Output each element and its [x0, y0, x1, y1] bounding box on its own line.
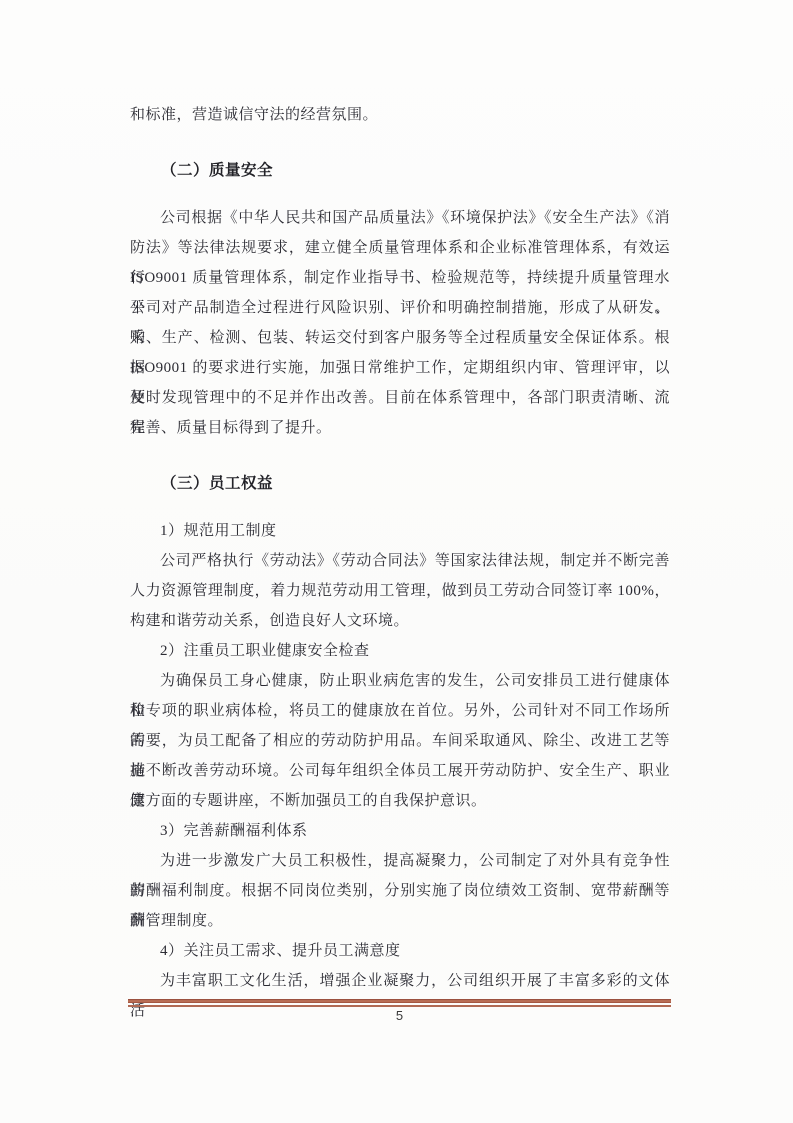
document-body: 和标准，营造诚信守法的经营氛围。 （二）质量安全 公司根据《中华人民共和国产品质…	[130, 100, 670, 996]
body-line: 酬管理制度。	[130, 906, 670, 936]
body-line: 为丰富职工文化生活，增强企业凝聚力，公司组织开展了丰富多彩的文体活	[130, 966, 670, 996]
body-line: 构建和谐劳动关系，创造良好人文环境。	[130, 606, 670, 636]
body-line: 公司严格执行《劳动法》《劳动合同法》等国家法律法规，制定并不断完善	[130, 546, 670, 576]
body-line: 及时发现管理中的不足并作出改善。目前在体系管理中，各部门职责清晰、流程	[130, 383, 670, 413]
item-title-compensation-benefits: 3）完善薪酬福利体系	[130, 816, 670, 846]
item-title-employment-system: 1）规范用工制度	[130, 516, 670, 546]
continued-paragraph-line: 和标准，营造诚信守法的经营氛围。	[130, 100, 670, 130]
document-page: 和标准，营造诚信守法的经营氛围。 （二）质量安全 公司根据《中华人民共和国产品质…	[0, 0, 793, 1123]
body-line: ISO9001 质量管理体系，制定作业指导书、检验规范等，持续提升质量管理水平。	[130, 263, 670, 293]
item-title-occupational-health: 2）注重员工职业健康安全检查	[130, 636, 670, 666]
body-line: 薪酬福利制度。根据不同岗位类别，分别实施了岗位绩效工资制、宽带薪酬等薪	[130, 876, 670, 906]
body-line: 康方面的专题讲座，不断加强员工的自我保护意识。	[130, 786, 670, 816]
body-line: 为进一步激发广大员工积极性，提高凝聚力，公司制定了对外具有竞争性的	[130, 846, 670, 876]
body-line: 公司对产品制造全过程进行风险识别、评价和明确控制措施，形成了从研发、采	[130, 293, 670, 323]
body-line: 需要，为员工配备了相应的劳动防护用品。车间采取通风、除尘、改进工艺等措	[130, 726, 670, 756]
body-line: 人力资源管理制度，着力规范劳动用工管理，做到员工劳动合同签订率 100%，	[130, 576, 670, 606]
body-line: 和专项的职业病体检，将员工的健康放在首位。另外，公司针对不同工作场所的	[130, 696, 670, 726]
body-line: 完善、质量目标得到了提升。	[130, 413, 670, 443]
section-heading-quality-safety: （二）质量安全	[130, 156, 670, 186]
body-line: 为确保员工身心健康，防止职业病危害的发生，公司安排员工进行健康体检	[130, 666, 670, 696]
body-line: 施不断改善劳动环境。公司每年组织全体员工展开劳动防护、安全生产、职业健	[130, 756, 670, 786]
body-line: 防法》等法律法规要求，建立健全质量管理体系和企业标准管理体系，有效运行	[130, 233, 670, 263]
body-line: 购、生产、检测、包装、转运交付到客户服务等全过程质量安全保证体系。根据	[130, 323, 670, 353]
body-line: 公司根据《中华人民共和国产品质量法》《环境保护法》《安全生产法》《消	[130, 203, 670, 233]
section-heading-employee-rights: （三）员工权益	[130, 469, 670, 499]
footer-rule	[128, 999, 671, 1007]
footer-rule-thin-line	[128, 1005, 671, 1007]
item-title-employee-satisfaction: 4）关注员工需求、提升员工满意度	[130, 936, 670, 966]
page-number: 5	[128, 1008, 671, 1023]
body-line: ISO9001 的要求进行实施，加强日常维护工作，定期组织内审、管理评审，以便	[130, 353, 670, 383]
